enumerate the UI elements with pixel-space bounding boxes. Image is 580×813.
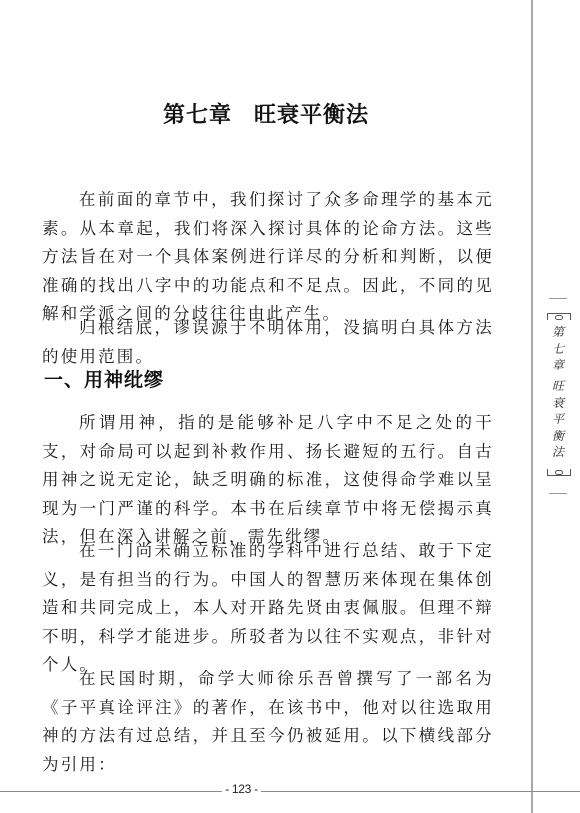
section-paragraph-3: 在民国时期，命学大师徐乐吾曾撰写了一部名为《子平真诠评注》的著作，在该书中，他对… <box>42 665 494 779</box>
tab-top-rule <box>549 298 567 299</box>
chapter-number: 第七章 <box>163 102 232 128</box>
tab-char: 旺 <box>548 378 568 395</box>
paragraph-text: 在一门尚未确立标准的学科中进行总结、敢于下定义，是有担当的行为。中国人的智慧历来… <box>42 537 494 680</box>
tab-char: 章 <box>548 357 568 374</box>
paragraph-text: 在民国时期，命学大师徐乐吾曾撰写了一部名为《子平真诠评注》的著作，在该书中，他对… <box>42 665 494 779</box>
tab-char: 七 <box>548 341 568 358</box>
tab-bottom-rule <box>549 493 567 494</box>
tab-open-bracket-ornament <box>547 313 571 320</box>
intro-paragraph-1: 在前面的章节中，我们探讨了众多命理学的基本元素。从本章起，我们将深入探讨具体的论… <box>42 186 494 329</box>
footer-rule-left <box>0 791 222 792</box>
section-paragraph-1: 所谓用神，指的是能够补足八字中不足之处的干支，对命局可以起到补救作用、扬长避短的… <box>42 409 494 552</box>
paragraph-text: 在前面的章节中，我们探讨了众多命理学的基本元素。从本章起，我们将深入探讨具体的论… <box>42 186 494 329</box>
section-heading: 一、用神纰缪 <box>44 365 164 392</box>
tab-char: 平 <box>548 411 568 428</box>
footer-rule-right <box>261 791 580 792</box>
book-page: 第七章旺衰平衡法 在前面的章节中，我们探讨了众多命理学的基本元素。从本章起，我们… <box>0 0 580 813</box>
tab-close-bracket-ornament <box>547 469 571 476</box>
tab-chapter-label: 第 七 章 <box>548 324 568 374</box>
chapter-title: 第七章旺衰平衡法 <box>0 98 532 129</box>
tab-title-label: 旺 衰 平 衡 法 <box>548 378 568 461</box>
section-paragraph-2: 在一门尚未确立标准的学科中进行总结、敢于下定义，是有担当的行为。中国人的智慧历来… <box>42 537 494 680</box>
tab-char: 衡 <box>548 428 568 445</box>
intro-paragraph-2: 归根结底，谬误源于不明体用，没搞明白具体方法的使用范围。 <box>42 314 494 371</box>
paragraph-text: 所谓用神，指的是能够补足八字中不足之处的干支，对命局可以起到补救作用、扬长避短的… <box>42 409 494 552</box>
tab-char: 法 <box>548 444 568 461</box>
page-number: - 123 - <box>222 782 261 796</box>
tab-char: 第 <box>548 324 568 341</box>
paragraph-text: 归根结底，谬误源于不明体用，没搞明白具体方法的使用范围。 <box>42 314 494 371</box>
tab-char: 衰 <box>548 395 568 412</box>
chapter-thumb-tab: 第 七 章 旺 衰 平 衡 法 <box>546 296 572 496</box>
chapter-name: 旺衰平衡法 <box>254 102 369 128</box>
